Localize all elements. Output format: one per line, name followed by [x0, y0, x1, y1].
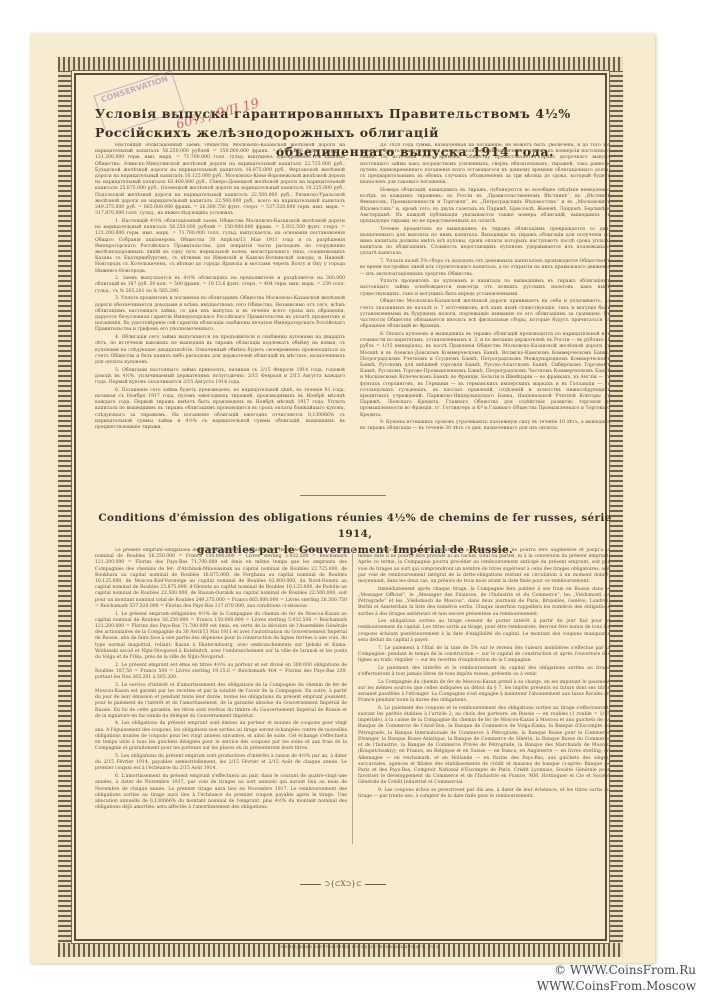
paragraph: 3. Уплата процентовъ и погашеніе по обли… — [95, 296, 345, 333]
paragraph: Номера облигацій, вышедшихъ въ тиражъ, п… — [360, 188, 610, 225]
paragraph: Les obligations sorties au tirage cessen… — [358, 619, 610, 644]
paragraph: 7. Le paiement à l'Etat de la taxe de 5%… — [358, 646, 610, 665]
paragraph: Настоящій облигаціонный заемъ Общества М… — [95, 143, 345, 217]
paragraph: Уплата процентовъ по купонамъ и капитала… — [360, 279, 610, 298]
watermark: © WWW.CoinsFrom.Ru WWW.CoinsFrom.Moscow — [537, 962, 696, 994]
french-right-column: Jusqu'en 1920, l'allocation affectée à l… — [358, 548, 610, 848]
paragraph: 2. Le présent emprunt est émis en titres… — [95, 663, 347, 682]
printer-imprint: ЭКСПЕДИЦІЯ ЗАГОТОВЛЕНІЯ ГОСУДАРСТВЕННЫХЪ… — [200, 944, 520, 949]
paragraph: Теченіе процентовъ по вышедшимъ въ тираж… — [360, 227, 610, 258]
paragraph: 4. Облигаціи сего займа выпускаются на п… — [95, 335, 345, 366]
russian-title-line1: Условія выпуска гарантированныхъ Правите… — [95, 104, 615, 142]
watermark-line1: © WWW.CoinsFrom.Ru — [537, 962, 696, 978]
paragraph: Jusqu'en 1920, l'allocation affectée à l… — [358, 548, 610, 585]
russian-left-column: Настоящій облигаціонный заемъ Общества М… — [95, 143, 345, 483]
paragraph: Immédiatement après chaque tirage, la Co… — [358, 587, 610, 618]
ornament-line — [365, 884, 386, 885]
section-divider — [300, 495, 386, 496]
ornament-glyph: ⊃{⊂X⊃}⊂ — [321, 880, 364, 888]
paragraph: 9. Купоны истекшихъ сроковъ утрачиваютъ … — [360, 420, 610, 432]
paragraph: 4. Les obligations du présent emprunt so… — [95, 721, 347, 752]
paragraph: 6. Погашеніе сего займа будетъ произведе… — [95, 388, 345, 431]
paragraph: 3. Le service d'intérêt et d'amortisseme… — [95, 683, 347, 720]
watermark-line2: WWW.CoinsFrom.Moscow — [537, 978, 696, 994]
ornament-line — [300, 884, 321, 885]
paragraph: 8. Оплата купоновъ и вышедшихъ въ тиражъ… — [360, 332, 610, 419]
paragraph: До 1920 года сумма, назначенная на погаш… — [360, 143, 610, 186]
russian-right-column: До 1920 года сумма, назначенная на погаш… — [360, 143, 610, 443]
paragraph: La Compagnie du chemin de fer de Moscou-… — [358, 680, 610, 705]
paragraph: Le présent emprunt-obligations de la Com… — [95, 548, 347, 610]
paragraph: 7. Уплата казнѣ 5% сбора съ доходовъ отъ… — [360, 259, 610, 278]
french-left-column: Le présent emprunt-obligations de la Com… — [95, 548, 347, 848]
paragraph: 1. Настоящій 4½% облигаціонный заемъ Общ… — [95, 219, 345, 275]
paragraph: 5. Облигаціи настоящаго займа приносятъ,… — [95, 368, 345, 387]
paragraph: 1. Le présent emprunt-obligations 4½% de… — [95, 612, 347, 662]
french-title-line1: Conditions d'émission des obligations ré… — [90, 510, 620, 542]
column-separator — [352, 548, 353, 844]
paragraph: 6. L'amortissement du présent emprunt s'… — [95, 774, 347, 811]
paragraph: Le paiement des intérêts et le rembourse… — [358, 666, 610, 678]
paragraph: 9. Les coupons échus se prescrivent par … — [358, 788, 610, 800]
paragraph: 5. Les obligations du présent emprunt so… — [95, 754, 347, 773]
paragraph: Общество Московско-Казанской желѣзной до… — [360, 299, 610, 330]
closing-ornament: ⊃{⊂X⊃}⊂ — [300, 880, 386, 888]
paragraph: 2. Заемъ выпускается въ 4½% облигаціяхъ … — [95, 276, 345, 295]
paragraph: 8. Le paiement des coupons et le rembour… — [358, 706, 610, 787]
